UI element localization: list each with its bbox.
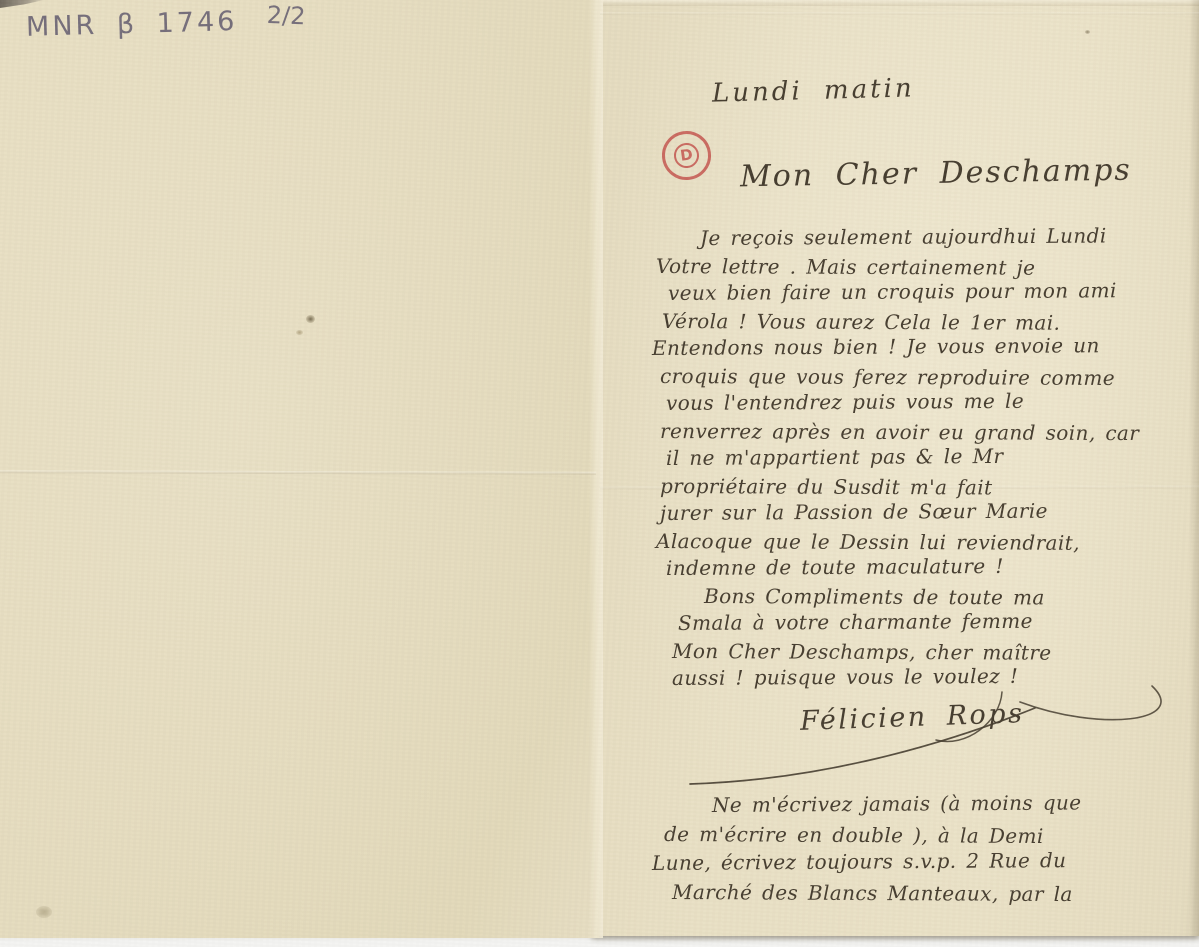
stamp-inner-circle: D: [672, 141, 700, 169]
letter-body: Je reçois seulement aujourdhui Lundi Vot…: [642, 226, 1192, 694]
paper-crease: [600, 12, 1199, 15]
handwritten-line: Marché des Blancs Manteaux, par la: [672, 880, 1192, 912]
handwritten-line: Entendons nous bien ! Je vous envoie un: [652, 333, 1192, 364]
dateline: Lundi matin: [712, 73, 915, 108]
handwritten-line: Smala à votre charmante femme: [678, 608, 1192, 639]
paper-smudge: [36, 906, 52, 918]
blank-page-verso: [0, 0, 607, 938]
handwritten-line: Ne m'écrivez jamais (à moins que: [712, 790, 1192, 822]
stamp-letter: D: [679, 147, 693, 164]
letter-scan: MNR β 1746 2/2 D Lundi matin Mon Cher De…: [0, 0, 1199, 947]
handwritten-line: aussi ! puisque vous le voulez !: [672, 663, 1192, 694]
salutation: Mon Cher Deschamps: [740, 153, 1132, 195]
handwritten-line: indemne de toute maculature !: [666, 553, 1192, 584]
handwritten-line: vous l'entendrez puis vous me le: [666, 388, 1192, 419]
archival-page-fraction: 2/2: [266, 1, 306, 31]
handwritten-line: Je reçois seulement aujourdhui Lundi: [700, 223, 1192, 254]
ink-stain: [296, 330, 303, 335]
paper-speck: [1085, 30, 1090, 34]
ink-stain: [306, 315, 315, 323]
torn-deckle-edge: [589, 0, 603, 938]
handwritten-line: veux bien faire un croquis pour mon ami: [668, 278, 1192, 309]
handwritten-line: jurer sur la Passion de Sœur Marie: [660, 498, 1192, 529]
archival-note-text: MNR β 1746: [26, 6, 238, 43]
handwritten-line: Lune, écrivez toujours s.v.p. 2 Rue du: [652, 847, 1192, 880]
handwritten-line: il ne m'appartient pas & le Mr: [666, 443, 1192, 474]
postscript: Ne m'écrivez jamais (à moins que de m'éc…: [642, 793, 1192, 909]
